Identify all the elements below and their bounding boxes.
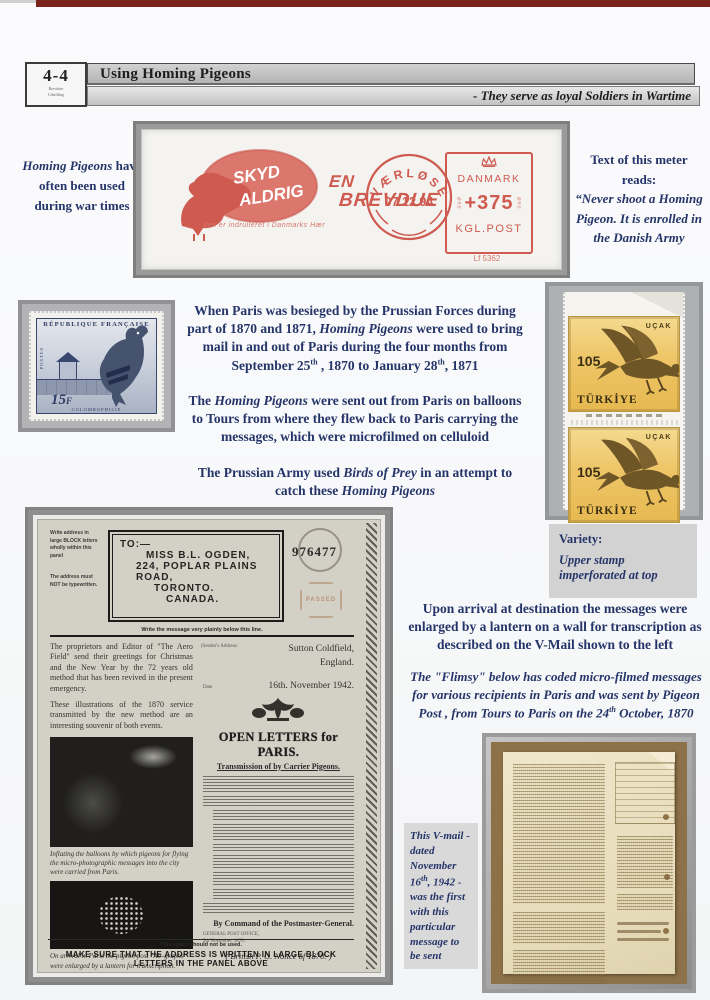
open-letters-headline: OPEN LETTERS for PARIS. <box>203 730 354 760</box>
address-line: TORONTO. <box>154 583 272 594</box>
french-stamp-postes: POSTES <box>39 347 44 369</box>
french-stamp-mount: RÉPUBLIQUE FRANÇAISE 15F POSTES COLOMBOP… <box>18 300 175 432</box>
intro-note: Homing Pigeons have often been used duri… <box>20 156 144 216</box>
address-to: TO:— <box>120 539 272 550</box>
vmail-mat: Write address in large BLOCK letters who… <box>33 515 385 977</box>
svg-text:07.12.94: 07.12.94 <box>385 195 434 209</box>
meter-country: DANMARK <box>447 173 531 185</box>
block-letters-warning: MAKE SURE THAT THE ADDRESS IS WRITTEN IN… <box>48 950 354 968</box>
address-line: 224, POPLAR PLAINS ROAD, <box>136 561 272 583</box>
micro-text-block <box>513 950 605 986</box>
address-line: CANADA. <box>166 594 272 605</box>
page-subtitle: - They serve as loyal Soldiers in Wartim… <box>87 86 700 106</box>
signature-line <box>617 938 669 941</box>
paris-story: When Paris was besieged by the Prussian … <box>186 302 524 517</box>
letter-paragraph-1: The proprietors and Editor of "The Aero … <box>50 642 193 694</box>
address-instructions: Write address in large BLOCK letters who… <box>50 530 100 622</box>
french-stamp-caption: COLOMBOPHILIE <box>37 407 156 412</box>
flimsy-mat <box>491 742 687 984</box>
exhibit-page: 4-4 Brevduer Udstilling Using Homing Pig… <box>0 0 710 1000</box>
flimsy-note: The "Flimsy" below has coded micro-filme… <box>405 668 707 723</box>
page-top-edge-light <box>0 0 36 3</box>
paragraph-balloons: The Homing Pigeons were sent out from Pa… <box>186 392 524 447</box>
date-label: Date <box>203 685 212 691</box>
meter-note: Text of this meter reads: “Never shoot a… <box>572 150 706 248</box>
paragraph-siege: When Paris was besieged by the Prussian … <box>186 302 524 375</box>
message-rule: Write the message very plainly below thi… <box>50 627 354 637</box>
projection-blob <box>99 896 143 934</box>
variety-label: Variety: <box>559 532 687 547</box>
turkish-stamp-lower: UÇAK 105 TÜRKİYE <box>568 427 680 523</box>
address-line: MISS B.L. OGDEN, <box>146 550 272 561</box>
french-stamp: RÉPUBLIQUE FRANÇAISE 15F POSTES COLOMBOP… <box>29 311 164 421</box>
micro-caption <box>617 894 673 910</box>
micro-text-block <box>513 912 605 944</box>
meter-cover: SKYD ALDRIG EN BREVDUE - den er indrulle… <box>141 129 562 270</box>
meter-value-frame: DANMARK ØRE +375 ØRE KGL.POST <box>445 152 533 254</box>
paragraph-birds-of-prey: The Prussian Army used Birds of Prey in … <box>186 464 524 500</box>
meter-value: +375 <box>464 192 513 215</box>
arrival-note: Upon arrival at destination the messages… <box>400 600 710 655</box>
page-number-box: 4-4 Brevduer Udstilling <box>25 62 87 107</box>
circular-postmark-icon <box>298 528 342 572</box>
flimsy-document <box>503 752 675 974</box>
crown-icon <box>481 156 497 167</box>
signature-line <box>617 930 661 933</box>
sender-address-label: (Sender's Address: <box>201 644 238 649</box>
turkish-stamp-upper: UÇAK 105 TÜRKİYE <box>568 316 680 412</box>
printer-imprint <box>586 414 662 417</box>
page-top-edge <box>36 0 710 7</box>
censor-stamp-icon: PASSED <box>300 582 342 618</box>
page-number: 4-4 <box>27 66 85 86</box>
vmail-letter: Write address in large BLOCK letters who… <box>37 519 381 973</box>
dovecote-tower <box>59 361 77 381</box>
open-letters-subheadline: Transmission of by Carrier Pigeons. <box>203 762 354 771</box>
space-note: This space should not be used. <box>48 942 354 948</box>
variety-caption: Variety: Upper stamp imperforated at top <box>549 524 697 598</box>
seal-dot <box>664 874 670 880</box>
meter-post-label: KGL.POST <box>447 223 531 235</box>
royal-crest-icon <box>203 697 354 728</box>
letter-left-column: The proprietors and Editor of "The Aero … <box>50 642 193 971</box>
letter-date: 16th. November 1942. <box>269 681 355 691</box>
seal-dot <box>663 928 669 934</box>
micro-text-block <box>617 836 673 888</box>
balloon-photo-caption: Inflating the balloons by which pigeons … <box>50 850 193 877</box>
meter-ore-left: ØRE <box>456 197 461 210</box>
letter-paragraph-2: These illustrations of the 1870 service … <box>50 700 193 731</box>
command-line: By Command of the Postmaster-General. <box>203 919 354 928</box>
seal-dot <box>663 814 669 820</box>
serial-area: 976477 PASSED <box>292 530 354 622</box>
turkish-stamp-country: TÜRKİYE <box>577 394 638 406</box>
letter-footer: This space should not be used. MAKE SURE… <box>48 939 354 968</box>
turkish-stamp-pair: UÇAK 105 TÜRKİYE UÇAK <box>563 292 685 510</box>
micro-text-column <box>513 764 605 904</box>
balloon-photo <box>50 737 193 847</box>
pigeon-icon <box>86 323 150 407</box>
variety-text: Upper stamp imperforated at top <box>559 553 687 583</box>
pigeon-slogan-icon: SKYD ALDRIG <box>164 144 329 244</box>
address-panel: TO:— MISS B.L. OGDEN, 224, POPLAR PLAINS… <box>108 530 284 622</box>
turkish-stamp-value: 105 <box>577 353 600 369</box>
page-title: Using Homing Pigeons <box>87 63 695 85</box>
paper-fold <box>631 292 683 318</box>
letter-right-column: (Sender's Address: Sutton Coldfield, Eng… <box>203 642 354 971</box>
vmail-side-note: This V-mail - dated November 16th, 1942 … <box>404 823 478 969</box>
signature-line <box>617 922 669 925</box>
vmail-mount: Write address in large BLOCK letters who… <box>25 507 393 985</box>
perforation-row <box>568 420 680 425</box>
flimsy-mount <box>482 733 696 993</box>
meter-ore-right: ØRE <box>517 197 522 210</box>
notice-small-print <box>203 776 354 915</box>
turkish-stamps-mount: UÇAK 105 TÜRKİYE UÇAK <box>545 282 703 520</box>
meter-slogan-small: - den er indrulleret i Danmarks Hær <box>198 222 325 229</box>
meter-number: Lf 5362 <box>457 254 517 263</box>
turkish-stamp-country: TÜRKİYE <box>577 505 638 517</box>
postmark-icon: VÆRLØSE 07.12.94 <box>362 150 457 245</box>
page-number-note-2: Udstilling <box>27 92 85 98</box>
meter-cover-mount: SKYD ALDRIG EN BREVDUE - den er indrulle… <box>133 121 570 278</box>
turkish-stamp-value: 105 <box>577 464 600 480</box>
